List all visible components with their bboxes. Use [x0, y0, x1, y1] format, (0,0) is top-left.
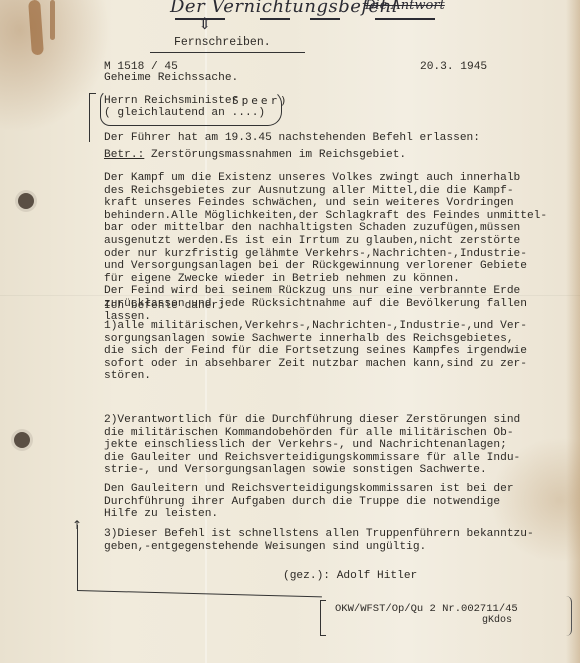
text-line: Der Kampf um die Existenz unseres Volkes… — [104, 172, 547, 185]
text-line: geben,-entgegenstehende Weisungen sind u… — [104, 541, 534, 554]
text-line: bar oder mittelbar den nachhaltigsten Sc… — [104, 222, 547, 235]
punch-hole — [14, 432, 30, 448]
subject-text: Zerstörungsmassnahmen im Reichsgebiet. — [144, 149, 406, 161]
handwritten-arrow-line — [77, 525, 78, 591]
subject-label: Betr.: — [104, 149, 144, 161]
text-line: des Reichsgebietes zur Ausnutzung aller … — [104, 185, 547, 198]
text-line: oder nur kurzfristig gelähmte Verkehrs-,… — [104, 248, 547, 261]
text-line: 1)alle militärischen,Verkehrs-,Nachricht… — [104, 320, 527, 333]
text-line: kraft unseres Feindes schwächen, und sei… — [104, 197, 547, 210]
addressee-line: Herrn Reichsminister — [104, 95, 238, 108]
intro-line: Der Führer hat am 19.3.45 nachstehenden … — [104, 132, 480, 145]
text-line: sorgungsanlagen sowie Sachwerte innerhal… — [104, 333, 527, 346]
stain — [50, 0, 55, 40]
footer-reference: OKW/WFST/Op/Qu 2 Nr.002711/45 — [335, 603, 518, 616]
text-line: und Versorgungsanlagen bei der Rückgewin… — [104, 260, 547, 273]
double-arrow-icon: ⇕ — [198, 14, 211, 33]
paper-edge — [566, 0, 580, 663]
punch-hole — [18, 193, 34, 209]
text-line: die militärischen Kommandobehörden für a… — [104, 427, 520, 440]
margin-mark — [565, 596, 572, 636]
handwritten-underline — [175, 18, 435, 20]
text-line: für eigene Zwecke wieder in Betrieb nehm… — [104, 273, 547, 286]
addressee-copy-line: ( gleichlautend an ....) — [104, 107, 265, 120]
handwritten-bracket — [89, 93, 96, 142]
orders-heading: Ich befehle daher: — [104, 300, 225, 313]
text-line: 2)Verantwortlich für die Durchführung di… — [104, 414, 520, 427]
classification: Geheime Reichssache. — [104, 72, 238, 85]
signature-line: (gez.): Adolf Hitler — [283, 570, 417, 583]
text-line: die Gauleiter und Reichsverteidigungskom… — [104, 452, 520, 465]
text-line: stören. — [104, 370, 527, 383]
text-line: behindern.Alle Möglichkeiten,der Schlagk… — [104, 210, 547, 223]
heading-rule — [150, 52, 305, 53]
text-line: jekte einschliesslich der Verkehrs-, und… — [104, 439, 520, 452]
order-1: 1)alle militärischen,Verkehrs-,Nachricht… — [104, 320, 527, 383]
text-line: Den Gauleitern und Reichsverteidigungsko… — [104, 483, 514, 496]
handwritten-bracket — [320, 600, 326, 636]
text-line: Hilfe zu leisten. — [104, 508, 514, 521]
text-line: die sich der Feind für die Fortsetzung s… — [104, 345, 527, 358]
subject-line: Betr.: Zerstörungsmassnahmen im Reichsge… — [104, 149, 406, 162]
document-heading: Fernschreiben. — [174, 37, 271, 50]
text-line: ausgenutzt werden.Es ist ein Irrtum zu g… — [104, 235, 547, 248]
gauleiter-paragraph: Den Gauleitern und Reichsverteidigungsko… — [104, 483, 514, 521]
text-line: Durchführung ihrer Aufgaben durch die Tr… — [104, 496, 514, 509]
document-date: 20.3. 1945 — [420, 61, 487, 74]
footer-classification: gKdos — [482, 615, 512, 628]
handwritten-struck-note: Die Antwort — [365, 0, 445, 13]
order-2: 2)Verantwortlich für die Durchführung di… — [104, 414, 520, 477]
addressee-name: Speer) — [232, 95, 290, 108]
text-line: strie-, und Versorgungsanlagen sowie son… — [104, 464, 520, 477]
order-3: 3)Dieser Befehl ist schnellstens allen T… — [104, 528, 534, 553]
text-line: 3)Dieser Befehl ist schnellstens allen T… — [104, 528, 534, 541]
text-line: sofort oder in absehbarer Zeit nutzbar m… — [104, 358, 527, 371]
text-line: Der Feind wird bei seinem Rückzug uns nu… — [104, 285, 547, 298]
